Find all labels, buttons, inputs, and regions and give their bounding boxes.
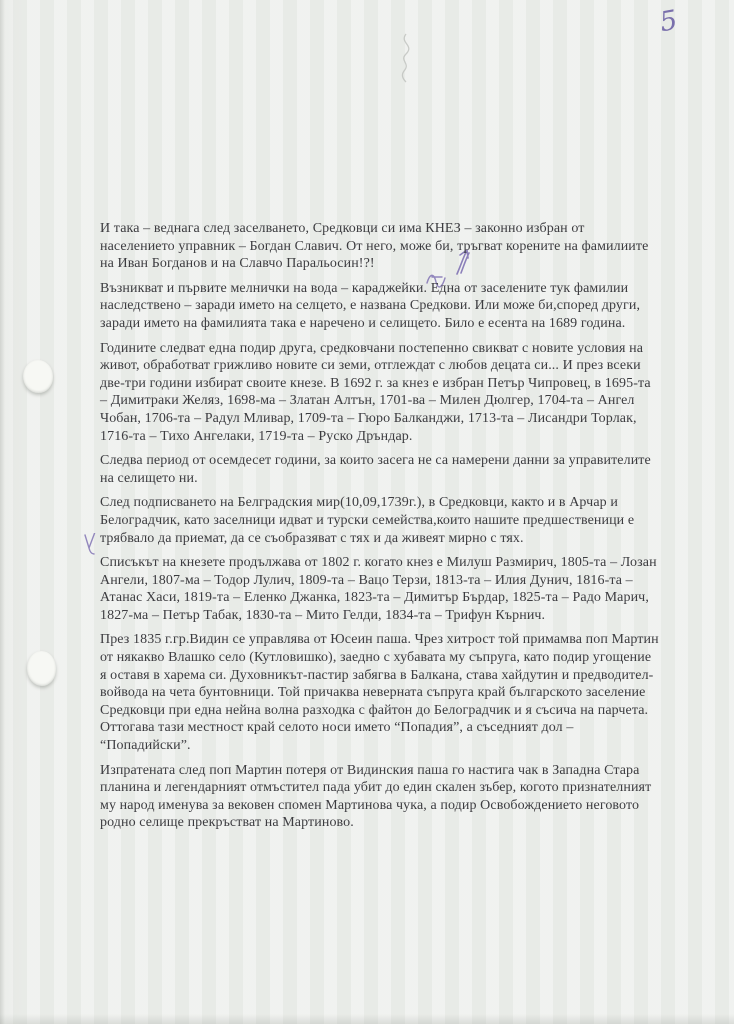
- paragraph: Възникват и първите мелнички на вода – к…: [100, 280, 660, 333]
- paragraph: Изпратената след поп Мартин потеря от Ви…: [100, 762, 660, 832]
- paragraph: През 1835 г.гр.Видин се управлява от Юсе…: [100, 631, 660, 754]
- handwritten-page-number: 5: [657, 5, 679, 39]
- paragraph: И така – веднага след заселването, Средк…: [100, 220, 660, 273]
- paragraph: Следва период от осемдесет години, за ко…: [100, 452, 660, 487]
- scanned-document-page: 5 И така – веднага след заселването, Сре…: [0, 0, 734, 1024]
- paragraph: Годините следват една подир друга, средк…: [100, 340, 660, 446]
- pencil-squiggle-icon: [392, 32, 418, 84]
- paragraph: След подписването на Белградския мир(10,…: [100, 494, 660, 547]
- ink-caret-mark-icon: [82, 533, 98, 555]
- document-text-block: И така – веднага след заселването, Средк…: [100, 220, 660, 839]
- hole-punch-icon: [27, 651, 56, 686]
- paragraph: Списъкът на кнезете продължава от 1802 г…: [100, 554, 660, 624]
- hole-punch-icon: [23, 360, 53, 393]
